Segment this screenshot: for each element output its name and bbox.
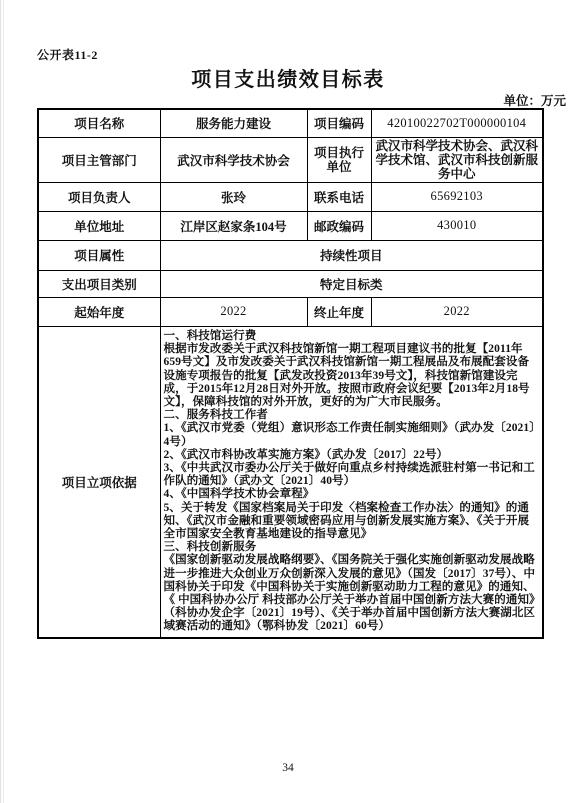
basis-paragraph: 根据市发改委关于武汉科技馆新馆一期工程项目建议书的批复【2011年659号文】及… [164, 343, 540, 409]
table-row: 项目属性 持续性项目 [38, 240, 543, 270]
phone-label: 联系电话 [307, 182, 371, 211]
category-value: 特定目标类 [160, 270, 543, 297]
basis-paragraph: 《国家创新驱动发展战略纲要》、《国务院关于强化实施创新驱动发展战略进一步推进大众… [164, 554, 540, 633]
performance-target-table: 项目名称 服务能力建设 项目编码 42010022702T000000104 项… [37, 108, 544, 639]
attribute-label: 项目属性 [38, 240, 160, 270]
start-year-label: 起始年度 [38, 297, 160, 326]
supervisor-dept-label: 项目主管部门 [38, 137, 160, 182]
address-value: 江岸区赵家条104号 [160, 211, 307, 240]
basis-paragraph: 5、关于转发《国家档案局关于印发〈档案检查工作办法〉的通知》的通知、《武汉市金融… [164, 502, 540, 542]
table-row: 起始年度 2022 终止年度 2022 [38, 297, 543, 326]
basis-paragraph: 4、《中国科学技术协会章程》 [164, 488, 540, 501]
basis-paragraph: 1、《武汉市党委（党组）意识形态工作责任制实施细则》（武办发〔2021〕4号） [164, 422, 540, 448]
basis-paragraph: 三、科技创新服务 [164, 541, 540, 554]
basis-paragraph: 2、《武汉市科协改革实施方案》（武办发〔2017〕22号） [164, 449, 540, 462]
project-code-value: 42010022702T000000104 [371, 109, 543, 137]
table-row: 项目负责人 张玲 联系电话 65692103 [38, 182, 543, 211]
basis-text: 一、科技馆运行费根据市发改委关于武汉科技馆新馆一期工程项目建议书的批复【2011… [164, 330, 540, 634]
end-year-label: 终止年度 [307, 297, 371, 326]
table-row: 项目名称 服务能力建设 项目编码 42010022702T000000104 [38, 109, 543, 137]
end-year-value: 2022 [371, 297, 543, 326]
basis-cell: 一、科技馆运行费根据市发改委关于武汉科技馆新馆一期工程项目建议书的批复【2011… [160, 326, 543, 638]
page-edge-shadow [3, 0, 4, 803]
start-year-value: 2022 [160, 297, 307, 326]
table-row: 项目主管部门 武汉市科学技术协会 项目执行单位 武汉市科学技术协会、武汉科学技术… [38, 137, 543, 182]
address-label: 单位地址 [38, 211, 160, 240]
project-name-label: 项目名称 [38, 109, 160, 137]
table-row: 项目立项依据 一、科技馆运行费根据市发改委关于武汉科技馆新馆一期工程项目建议书的… [38, 326, 543, 638]
executing-unit-label: 项目执行单位 [307, 137, 371, 182]
basis-paragraph: 一、科技馆运行费 [164, 330, 540, 343]
page-title: 项目支出绩效目标表 [1, 63, 574, 92]
form-code: 公开表11-2 [37, 46, 98, 63]
page-number: 34 [1, 762, 574, 774]
table-row: 单位地址 江岸区赵家条104号 邮政编码 430010 [38, 211, 543, 240]
basis-paragraph: 二、服务科技工作者 [164, 409, 540, 422]
supervisor-dept-value: 武汉市科学技术协会 [160, 137, 307, 182]
attribute-value: 持续性项目 [160, 240, 543, 270]
document-page: 公开表11-2 项目支出绩效目标表 单位：万元 项目名称 服务能力建设 项目编码… [0, 0, 574, 803]
phone-value: 65692103 [371, 182, 543, 211]
category-label: 支出项目类别 [38, 270, 160, 297]
executing-unit-value: 武汉市科学技术协会、武汉科学技术馆、武汉市科技创新服务中心 [371, 137, 543, 182]
basis-label: 项目立项依据 [38, 326, 160, 638]
postcode-value: 430010 [371, 211, 543, 240]
basis-paragraph: 3、《中共武汉市委办公厅关于做好向重点乡村持续选派驻村第一书记和工作队的通知》（… [164, 462, 540, 488]
project-code-label: 项目编码 [307, 109, 371, 137]
leader-value: 张玲 [160, 182, 307, 211]
leader-label: 项目负责人 [38, 182, 160, 211]
project-name-value: 服务能力建设 [160, 109, 307, 137]
unit-note: 单位：万元 [503, 91, 566, 109]
postcode-label: 邮政编码 [307, 211, 371, 240]
table-row: 支出项目类别 特定目标类 [38, 270, 543, 297]
